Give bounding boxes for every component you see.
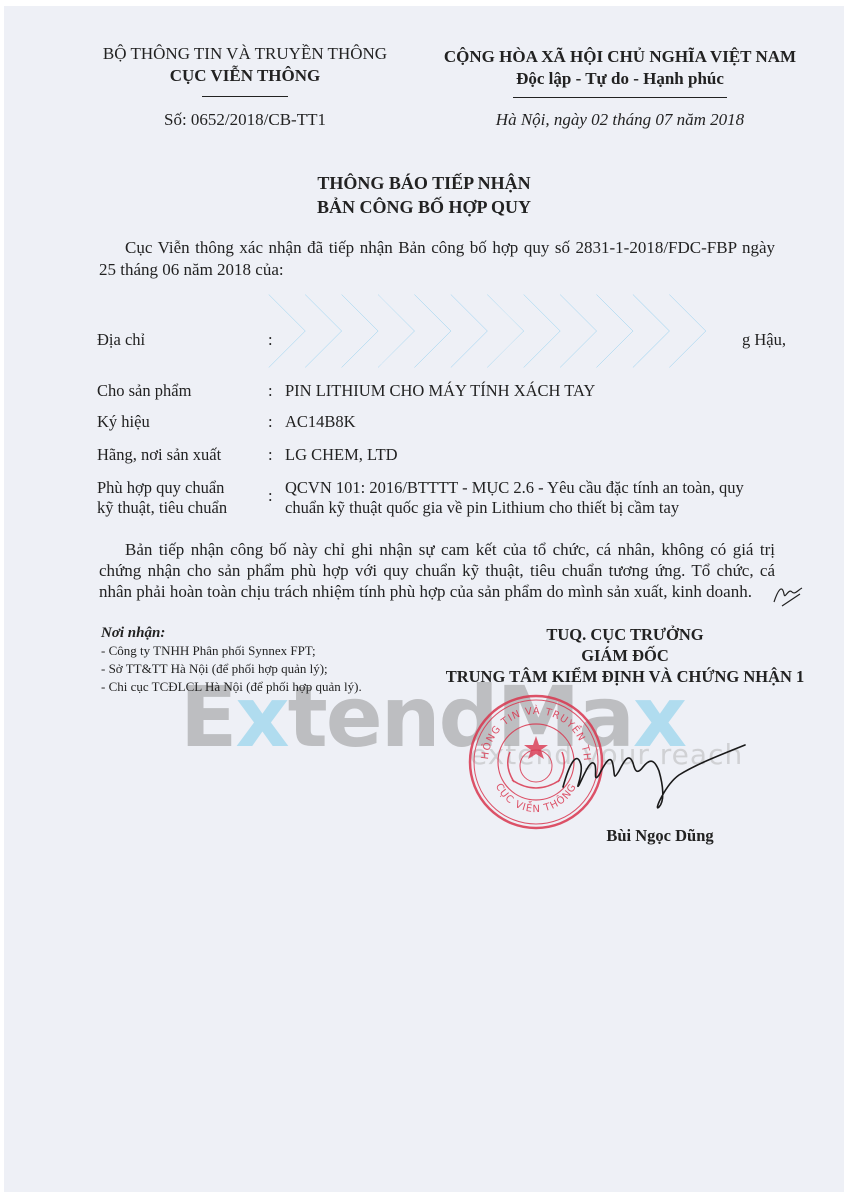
handwritten-signature-icon	[555, 735, 755, 815]
manufacturer-label: Hãng, nơi sản xuất	[97, 445, 221, 465]
signatory-title-line2: GIÁM ĐỐC	[420, 646, 830, 666]
signer-name: Bùi Ngọc Dũng	[420, 826, 830, 846]
disclaimer-paragraph: Bản tiếp nhận công bố này chỉ ghi nhận s…	[99, 539, 775, 602]
signatory-title-line1: TUQ. CỤC TRƯỞNG	[420, 625, 830, 645]
signer-name-text: Bùi Ngọc Dũng	[606, 826, 713, 845]
ministry-name: BỘ THÔNG TIN VÀ TRUYỀN THÔNG	[60, 44, 430, 64]
recipients-title: Nơi nhận:	[101, 625, 165, 642]
country-name: CỘNG HÒA XÃ HỘI CHỦ NGHĨA VIỆT NAM	[420, 47, 820, 67]
recipient-item: - Chi cục TCĐLCL Hà Nội (để phối hợp quả…	[101, 679, 362, 695]
redaction-chevron	[265, 293, 307, 369]
department-name: CỤC VIỄN THÔNG	[60, 66, 430, 86]
product-colon: :	[268, 381, 273, 401]
standard-value-line1: QCVN 101: 2016/BTTTT - MỤC 2.6 - Yêu cầu…	[285, 478, 744, 498]
symbol-label: Ký hiệu	[97, 412, 150, 432]
standard-label-line1: Phù hợp quy chuẩn	[97, 478, 224, 498]
standard-colon: :	[268, 486, 273, 506]
document-title-line1: THÔNG BÁO TIẾP NHẬN	[0, 173, 848, 194]
redaction-chevrons	[265, 293, 740, 369]
document-title-line2: BẢN CÔNG BỐ HỢP QUY	[0, 197, 848, 218]
address-label: Địa chỉ	[97, 330, 145, 350]
department-underline	[202, 96, 288, 97]
initials-mark-icon	[770, 580, 806, 610]
product-value: PIN LITHIUM CHO MÁY TÍNH XÁCH TAY	[285, 381, 595, 401]
motto-underline	[513, 97, 727, 98]
document-number: Số: 0652/2018/CB-TT1	[60, 110, 430, 130]
intro-paragraph: Cục Viễn thông xác nhận đã tiếp nhận Bản…	[99, 237, 775, 281]
national-motto: Độc lập - Tự do - Hạnh phúc	[420, 69, 820, 89]
recipient-item: - Sở TT&TT Hà Nội (để phối hợp quản lý);	[101, 661, 328, 677]
recipient-item: - Công ty TNHH Phân phối Synnex FPT;	[101, 643, 316, 659]
date-place: Hà Nội, ngày 02 tháng 07 năm 2018	[420, 110, 820, 130]
address-visible-tail: g Hậu,	[742, 330, 786, 350]
standard-value-line2: chuẩn kỹ thuật quốc gia về pin Lithium c…	[285, 498, 679, 518]
symbol-value: AC14B8K	[285, 412, 356, 432]
signatory-title-line3: TRUNG TÂM KIỂM ĐỊNH VÀ CHỨNG NHẬN 1	[420, 667, 830, 687]
standard-label-line2: kỹ thuật, tiêu chuẩn	[97, 498, 227, 518]
manufacturer-colon: :	[268, 445, 273, 465]
symbol-colon: :	[268, 412, 273, 432]
manufacturer-value: LG CHEM, LTD	[285, 445, 398, 465]
product-label: Cho sản phẩm	[97, 381, 191, 401]
